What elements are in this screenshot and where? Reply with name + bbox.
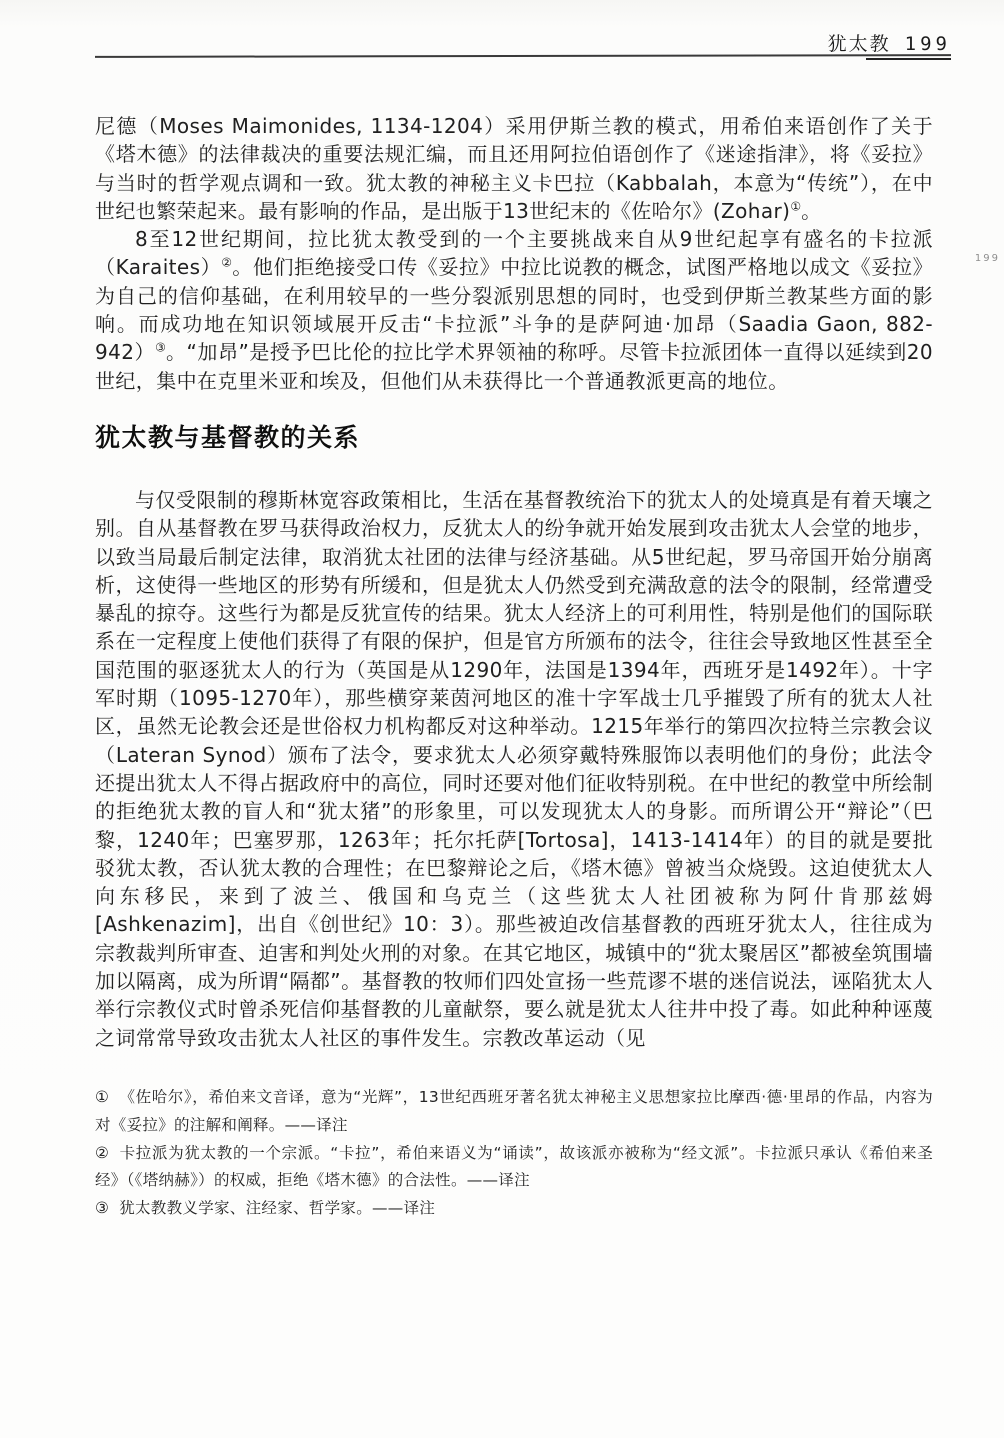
footnote-marker: ③ [95,1199,109,1217]
page-content: 尼德（Moses Maimonides, 1134-1204）采用伊斯兰教的模式… [95,112,933,1223]
paragraph-text: 。“加昂”是授予巴比伦的拉比学术界领袖的称呼。尽管卡拉派团体一直得以延续到20世… [95,340,933,392]
footnote-text: 卡拉派为犹太教的一个宗派。“卡拉”，希伯来语义为“诵读”，故该派亦被称为“经文派… [95,1144,933,1190]
header-rule-accent [866,58,951,60]
footnote-text: 《佐哈尔》，希伯来文音译，意为“光辉”，13世纪西班牙著名犹太神秘主义思想家拉比… [95,1088,933,1134]
footnote-reference-marker: ③ [155,341,166,355]
footnote-marker: ② [95,1144,110,1162]
margin-page-number: 199 [975,253,1000,264]
running-head-title: 犹太教 [828,33,891,55]
paragraph-text: 。 [801,199,821,223]
footnotes-block: ①《佐哈尔》，希伯来文音译，意为“光辉”，13世纪西班牙著名犹太神秘主义思想家拉… [95,1084,933,1223]
paragraph: 尼德（Moses Maimonides, 1134-1204）采用伊斯兰教的模式… [95,112,933,225]
header-rule [95,54,951,58]
footnote: ③犹太教教义学家、注经家、哲学家。——译注 [95,1195,933,1223]
paragraph: 与仅受限制的穆斯林宽容政策相比，生活在基督教统治下的犹太人的处境真是有着天壤之别… [95,486,933,1052]
footnote-reference-marker: ① [790,199,801,213]
section-heading: 犹太教与基督教的关系 [95,421,933,454]
footnote: ①《佐哈尔》，希伯来文音译，意为“光辉”，13世纪西班牙著名犹太神秘主义思想家拉… [95,1084,933,1140]
paragraph: 8至12世纪期间，拉比犹太教受到的一个主要挑战来自从9世纪起享有盛名的卡拉派（K… [95,225,933,395]
running-head-page-number: 199 [905,33,951,55]
footnote-marker: ① [95,1088,110,1106]
footnote-text: 犹太教教义学家、注经家、哲学家。——译注 [119,1199,435,1217]
paragraph-text: 与仅受限制的穆斯林宽容政策相比，生活在基督教统治下的犹太人的处境真是有着天壤之别… [95,488,933,1050]
book-page: 犹太教199 199 尼德（Moses Maimonides, 1134-120… [0,0,1004,1438]
running-head: 犹太教199 [95,29,951,56]
footnote: ②卡拉派为犹太教的一个宗派。“卡拉”，希伯来语义为“诵读”，故该派亦被称为“经文… [95,1140,933,1196]
footnote-reference-marker: ② [221,256,232,270]
